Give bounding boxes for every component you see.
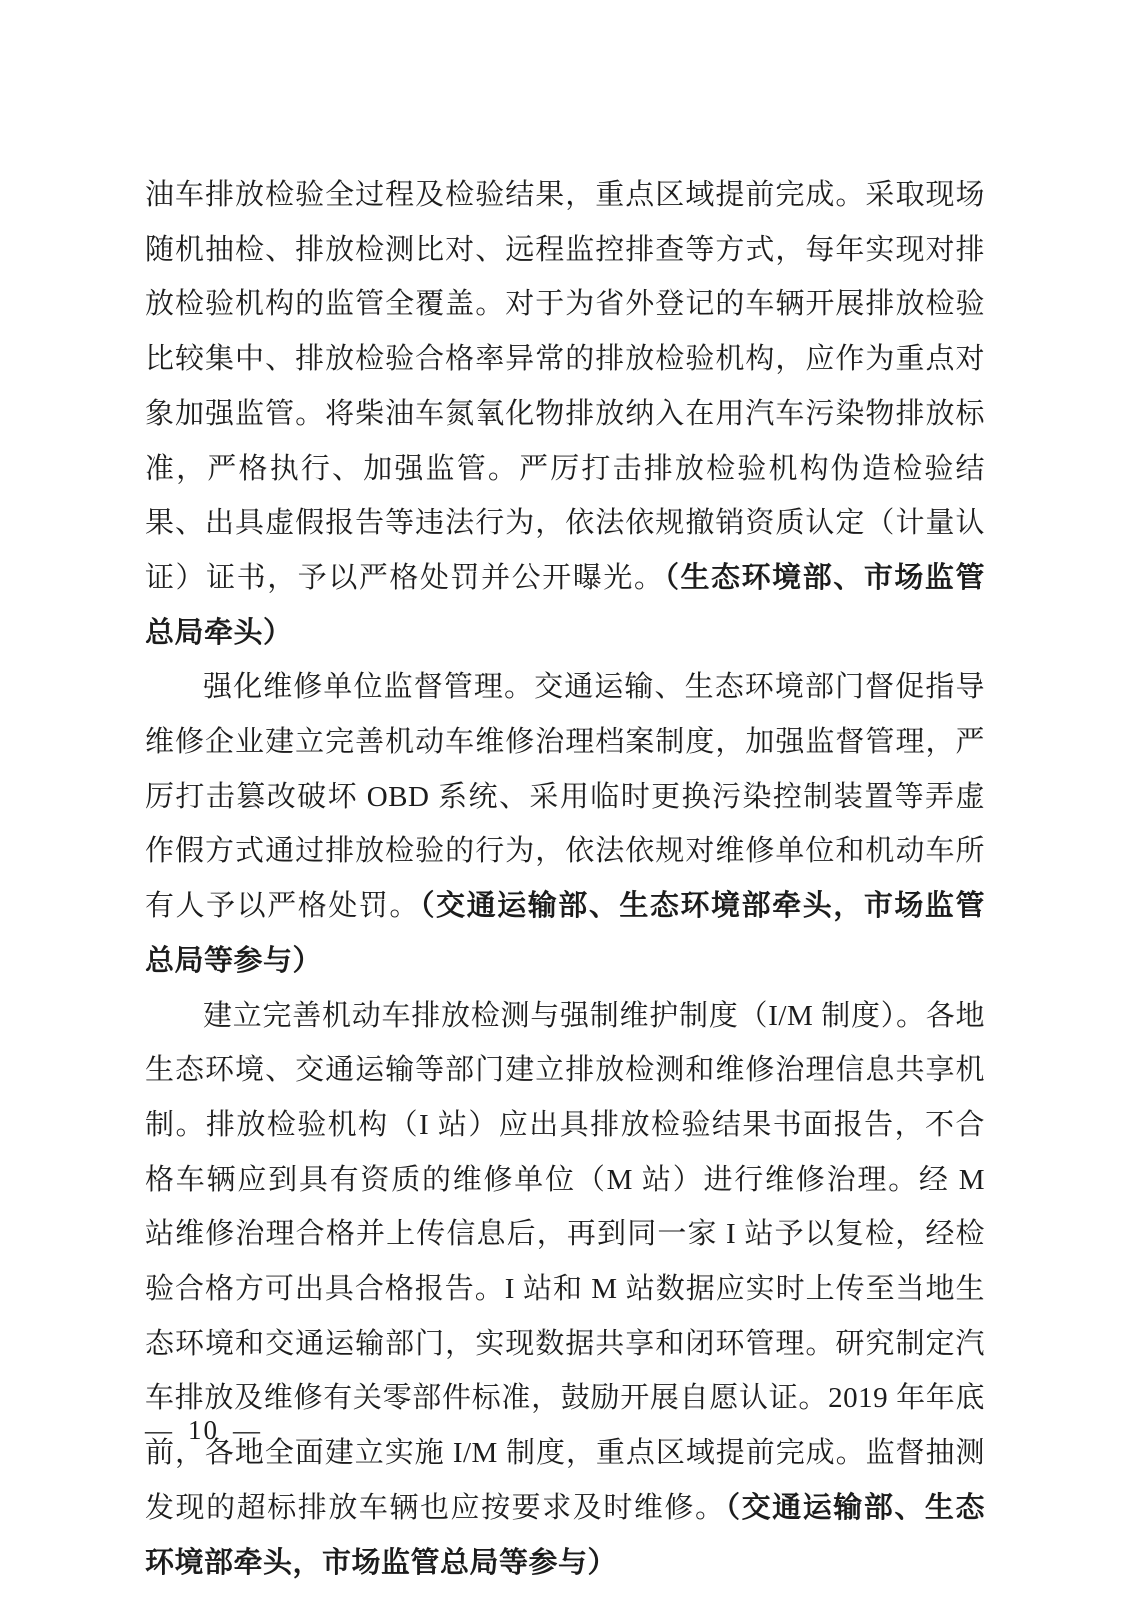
- page-number: 10: [174, 1415, 233, 1445]
- paragraph-3: 建立完善机动车排放检测与强制维护制度（I/M 制度）。各地生态环境、交通运输等部…: [145, 989, 985, 1591]
- footer-dash-left: —: [145, 1415, 174, 1445]
- paragraph-2-text: 强化维修单位监督管理。交通运输、生态环境部门督促指导维修企业建立完善机动车维修治…: [145, 671, 985, 922]
- document-page: 油车排放检验全过程及检验结果，重点区域提前完成。采取现场随机抽检、排放检测比对、…: [0, 0, 1131, 1600]
- paragraph-2: 强化维修单位监督管理。交通运输、生态环境部门督促指导维修企业建立完善机动车维修治…: [145, 660, 985, 988]
- paragraph-1-text: 油车排放检验全过程及检验结果，重点区域提前完成。采取现场随机抽检、排放检测比对、…: [145, 179, 985, 594]
- paragraph-3-text: 建立完善机动车排放检测与强制维护制度（I/M 制度）。各地生态环境、交通运输等部…: [145, 1000, 985, 1524]
- footer-dash-right: —: [233, 1415, 262, 1445]
- paragraph-1: 油车排放检验全过程及检验结果，重点区域提前完成。采取现场随机抽检、排放检测比对、…: [145, 168, 985, 660]
- page-footer: —10—: [145, 1410, 262, 1450]
- body-text: 油车排放检验全过程及检验结果，重点区域提前完成。采取现场随机抽检、排放检测比对、…: [145, 168, 985, 1590]
